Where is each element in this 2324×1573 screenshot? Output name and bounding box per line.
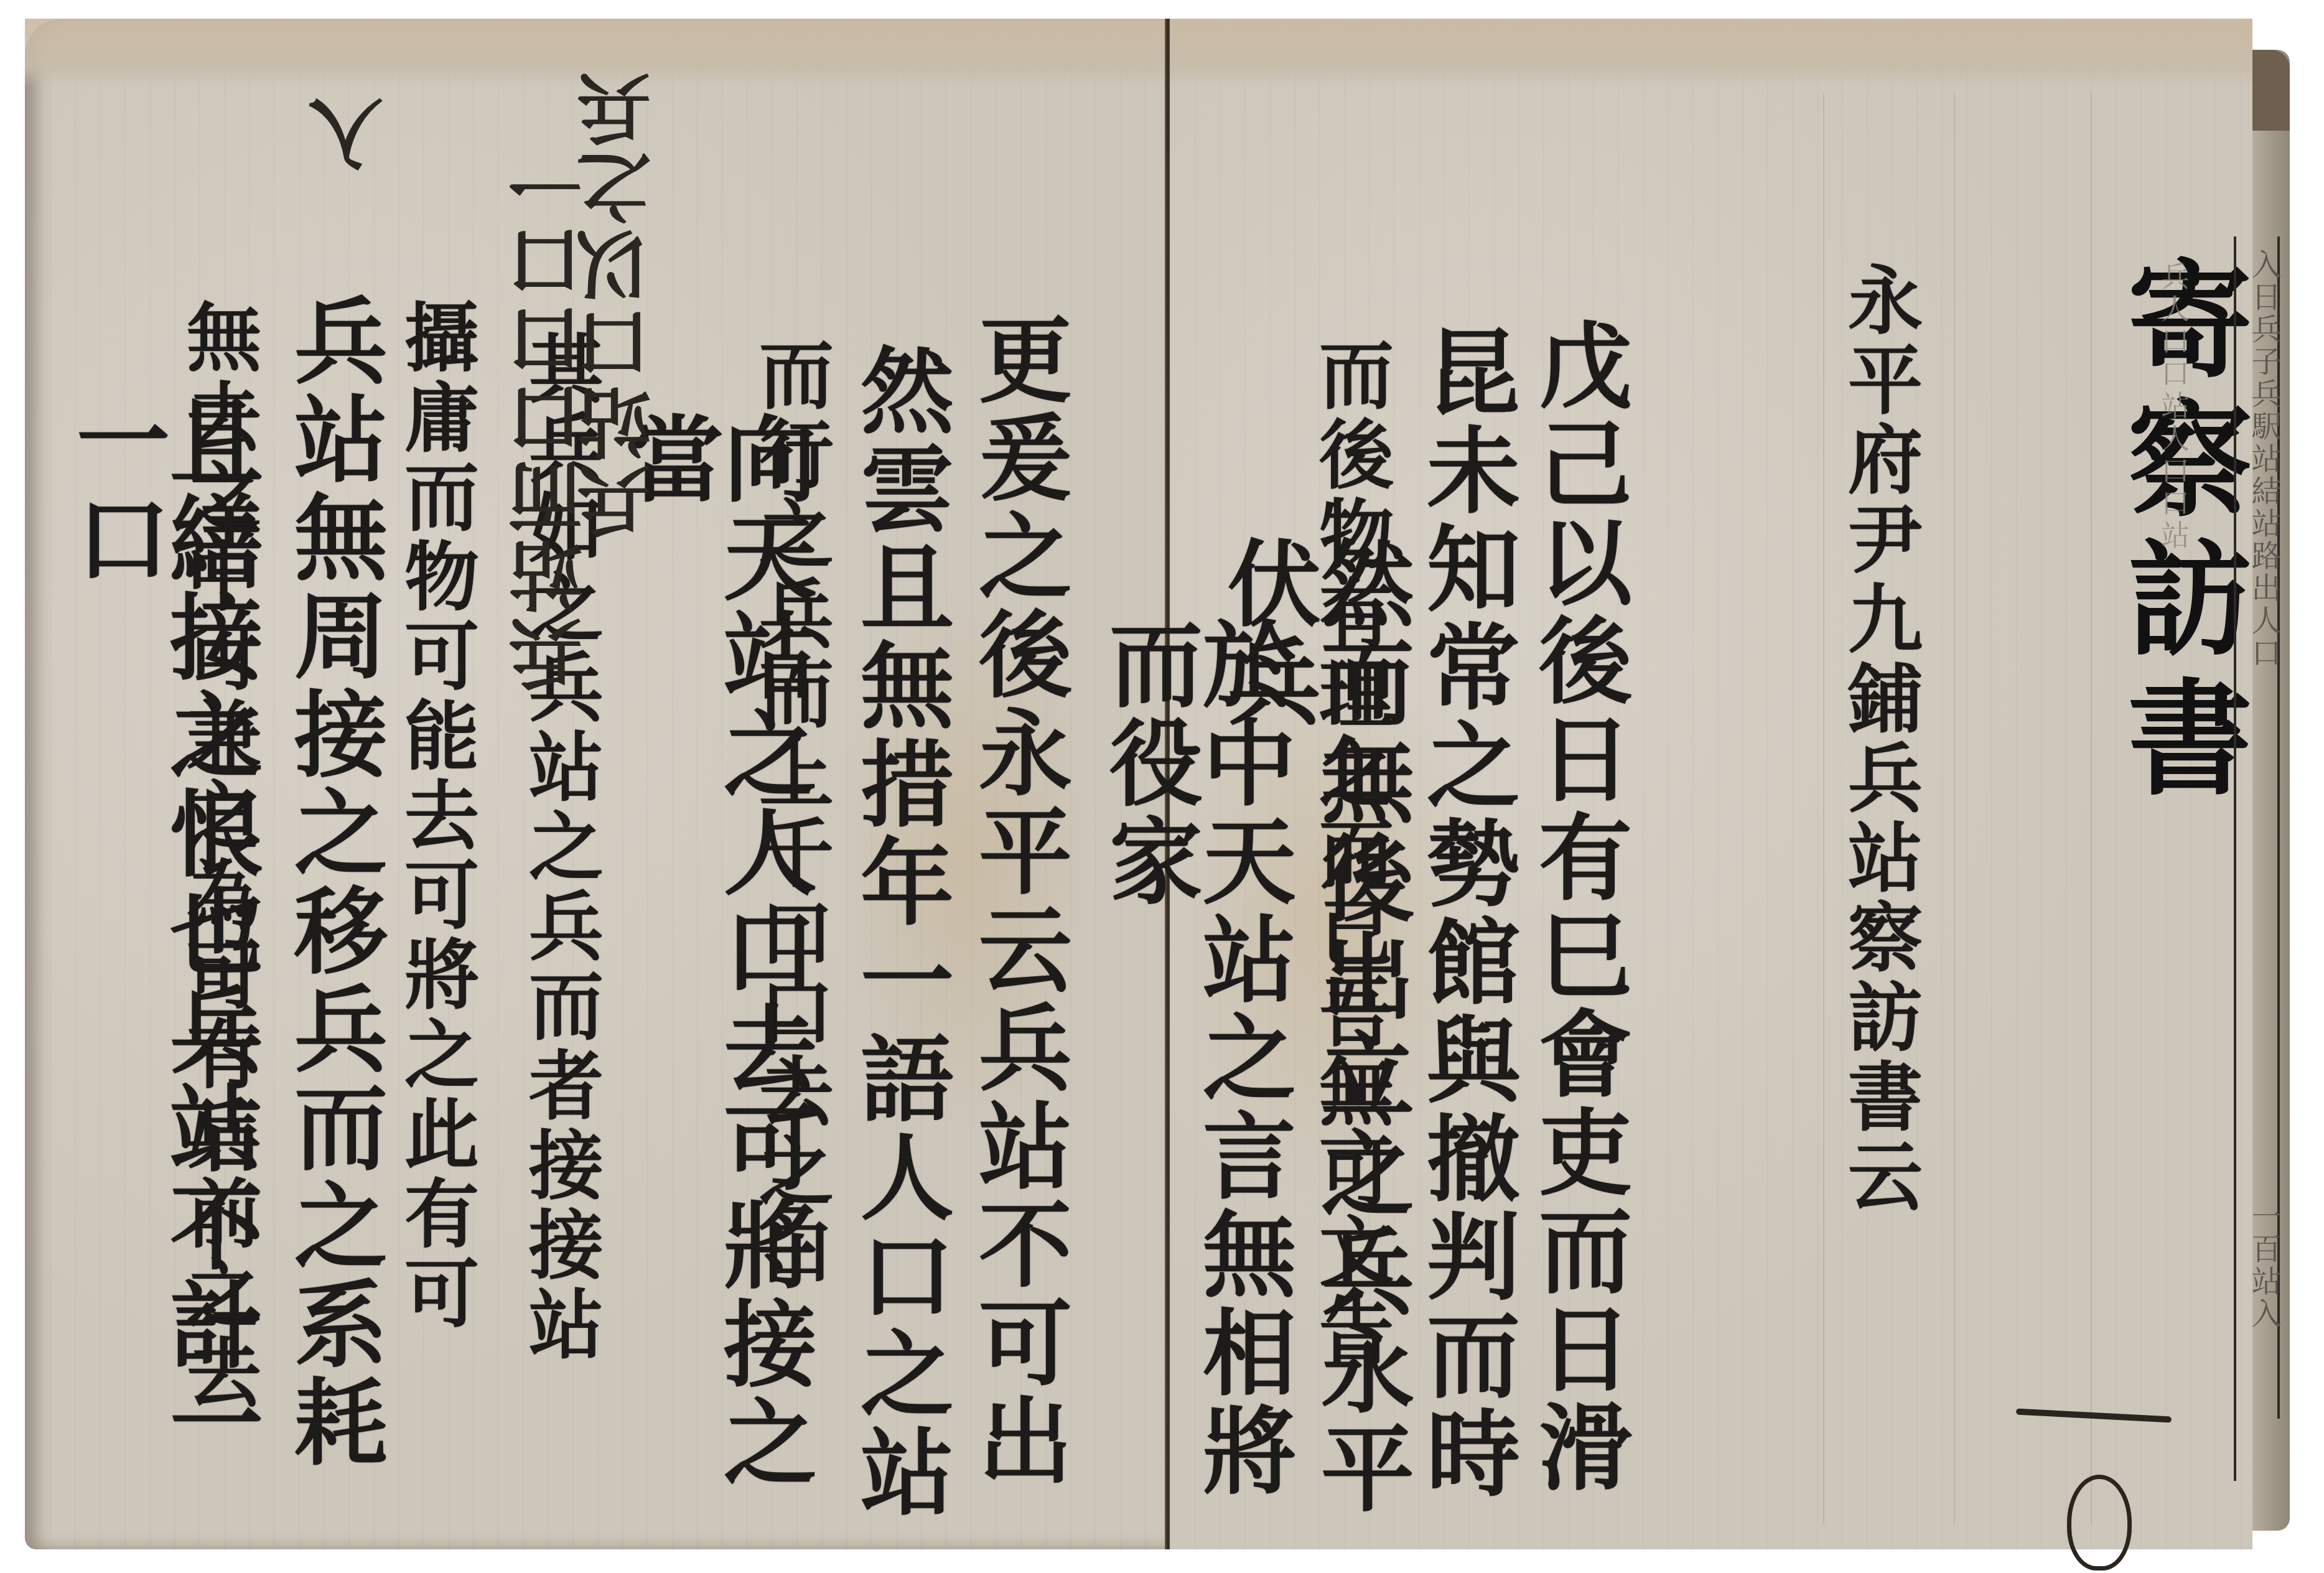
manuscript-spread: 更爰之後永平云兵站不可出 然雲且無措年一語人口之站 而行之兵而上千口口去之口 向…	[0, 0, 2324, 1573]
fold-line	[1823, 93, 1824, 1524]
ledger-rule-left	[2234, 236, 2236, 1481]
margin-note-2: 兵站口以之兵	[566, 68, 673, 539]
left-col-1: 更爰之後永平云兵站不可出	[971, 311, 1064, 1491]
right-col-1: 永平府尹九鋪兵站察訪書云	[1842, 261, 1916, 1217]
fold-line	[1954, 93, 1955, 1524]
left-col-4: 向天站之人口去可將接之當	[622, 411, 809, 1549]
right-col-3: 昆未知常之勢館與撤判而時	[1419, 324, 1512, 1503]
left-col-6: 攝庸而物可能去可將之此有可	[398, 299, 473, 1334]
right-col-2: 戊己以後日有巳會吏而日滑	[1531, 317, 1624, 1497]
left-col-7: 兵站無周接之移兵而之系耗	[286, 292, 380, 1472]
left-col-9: 且繕接之恨也兵站不計一一口	[68, 392, 255, 1549]
ledger-text-top: 入日兵子兵駅站結站路出人口	[2242, 249, 2285, 670]
ledger-strip: 入日兵子兵駅站結站路出人口 一百站入	[2234, 236, 2284, 1512]
ledger-faint-column: 兵人口口站人口口站	[2153, 261, 2194, 553]
right-col-6: 於中天站之言無相將而役家	[1101, 616, 1288, 1549]
right-page: 寄察訪書 永平府尹九鋪兵站察訪書云 戊己以後日有巳會吏而日滑 昆未知常之勢館與撤…	[1170, 19, 2252, 1549]
margin-note-3: 入	[299, 93, 406, 172]
left-col-2: 然雲且無措年一語人口之站	[852, 342, 946, 1522]
ledger-text-bottom: 一百站入	[2242, 1201, 2285, 1330]
corner-mark-circle	[2067, 1475, 2132, 1571]
right-page-top-stain-band	[1170, 19, 2252, 87]
left-page: 更爰之後永平云兵站不可出 然雲且無措年一語人口之站 而行之兵而上千口口去之口 向…	[25, 19, 1167, 1549]
